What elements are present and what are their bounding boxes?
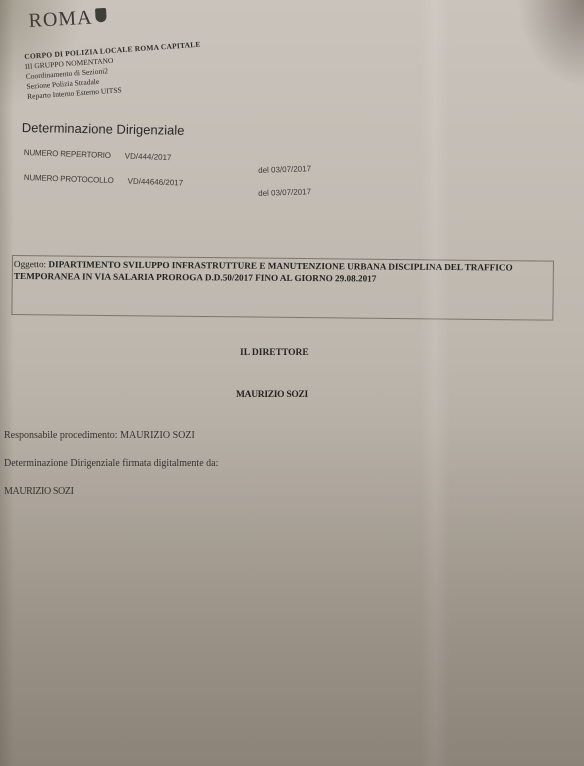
logo-text: ROMA <box>28 7 93 33</box>
numero-repertorio-value: VD/444/2017 <box>125 152 172 163</box>
coat-of-arms-shield-icon <box>95 7 107 22</box>
digital-signer-name: MAURIZIO SOZI <box>4 486 74 497</box>
roma-logo: ROMA <box>28 6 107 33</box>
subject-label: Oggetto: <box>14 259 46 269</box>
document-page: ROMA CORPO DI POLIZIA LOCALE ROMA CAPITA… <box>0 0 584 766</box>
numero-repertorio: NUMERO REPERTORIOVD/444/2017 <box>24 148 172 162</box>
protocollo-date: del 03/07/2017 <box>258 187 311 198</box>
numero-repertorio-label: NUMERO REPERTORIO <box>24 148 111 160</box>
numero-protocollo: NUMERO PROTOCOLLOVD/44646/2017 <box>24 173 184 188</box>
digital-signature-label: Determinazione Dirigenziale firmata digi… <box>4 458 218 469</box>
signature-role: IL DIRETTORE <box>240 348 309 358</box>
responsabile-procedimento: Responsabile procedimento: MAURIZIO SOZI <box>4 430 195 441</box>
document-title: Determinazione Dirigenziale <box>22 120 185 138</box>
issuing-office-header: CORPO DI POLIZIA LOCALE ROMA CAPITALE II… <box>24 40 204 102</box>
repertorio-date: del 03/07/2017 <box>258 164 311 175</box>
numero-protocollo-label: NUMERO PROTOCOLLO <box>24 173 114 185</box>
subject: Oggetto: DIPARTIMENTO SVILUPPO INFRASTRU… <box>14 258 554 286</box>
signature-name: MAURIZIO SOZI <box>236 390 308 400</box>
numero-protocollo-value: VD/44646/2017 <box>127 177 183 188</box>
subject-text: DIPARTIMENTO SVILUPPO INFRASTRUTTURE E M… <box>14 259 513 283</box>
